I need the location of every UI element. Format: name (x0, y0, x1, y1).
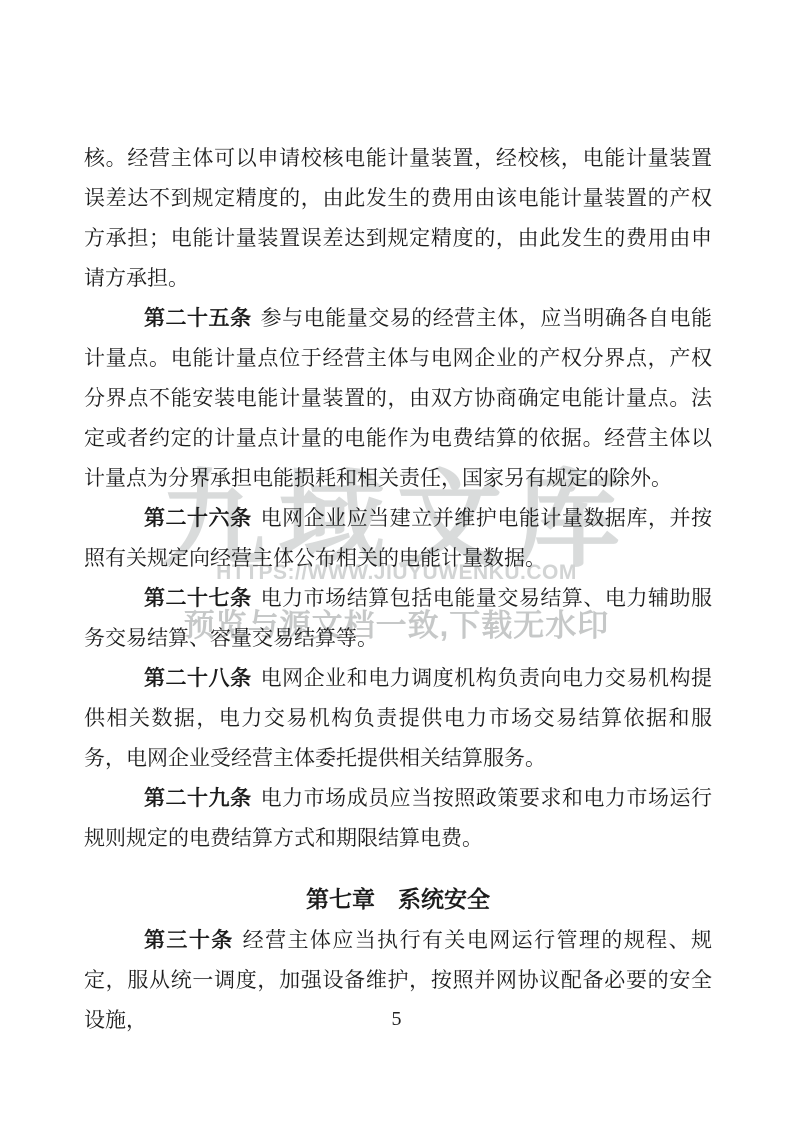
article-25-text: 参与电能量交易的经营主体，应当明确各自电能计量点。电能计量点位于经营主体与电网企… (84, 306, 712, 490)
article-26-number: 第二十六条 (144, 506, 252, 530)
document-body: 核。经营主体可以申请校核电能计量装置，经校核，电能计量装置误差达不到规定精度的，… (84, 138, 712, 1040)
chapter-7-heading: 第七章 系统安全 (84, 880, 712, 920)
article-25-paragraph: 第二十五条参与电能量交易的经营主体，应当明确各自电能计量点。电能计量点位于经营主… (84, 298, 712, 498)
article-29-number: 第二十九条 (144, 786, 252, 810)
continuation-paragraph-text: 核。经营主体可以申请校核电能计量装置，经校核，电能计量装置误差达不到规定精度的，… (84, 146, 712, 290)
document-page: 九域文库 HTTPS://WWW.JIUYUWENKU.COM 预览与源文档一致… (0, 0, 793, 1122)
article-29-paragraph: 第二十九条电力市场成员应当按照政策要求和电力市场运行规则规定的电费结算方式和期限… (84, 778, 712, 858)
article-26-paragraph: 第二十六条电网企业应当建立并维护电能计量数据库，并按照有关规定向经营主体公布相关… (84, 498, 712, 578)
article-25-number: 第二十五条 (144, 306, 252, 330)
article-27-number: 第二十七条 (144, 586, 252, 610)
article-28-paragraph: 第二十八条电网企业和电力调度机构负责向电力交易机构提供相关数据，电力交易机构负责… (84, 658, 712, 778)
article-28-number: 第二十八条 (144, 666, 252, 690)
article-30-number: 第三十条 (144, 928, 234, 952)
page-number: 5 (0, 1008, 793, 1031)
continuation-paragraph: 核。经营主体可以申请校核电能计量装置，经校核，电能计量装置误差达不到规定精度的，… (84, 138, 712, 298)
article-27-paragraph: 第二十七条电力市场结算包括电能量交易结算、电力辅助服务交易结算、容量交易结算等。 (84, 578, 712, 658)
